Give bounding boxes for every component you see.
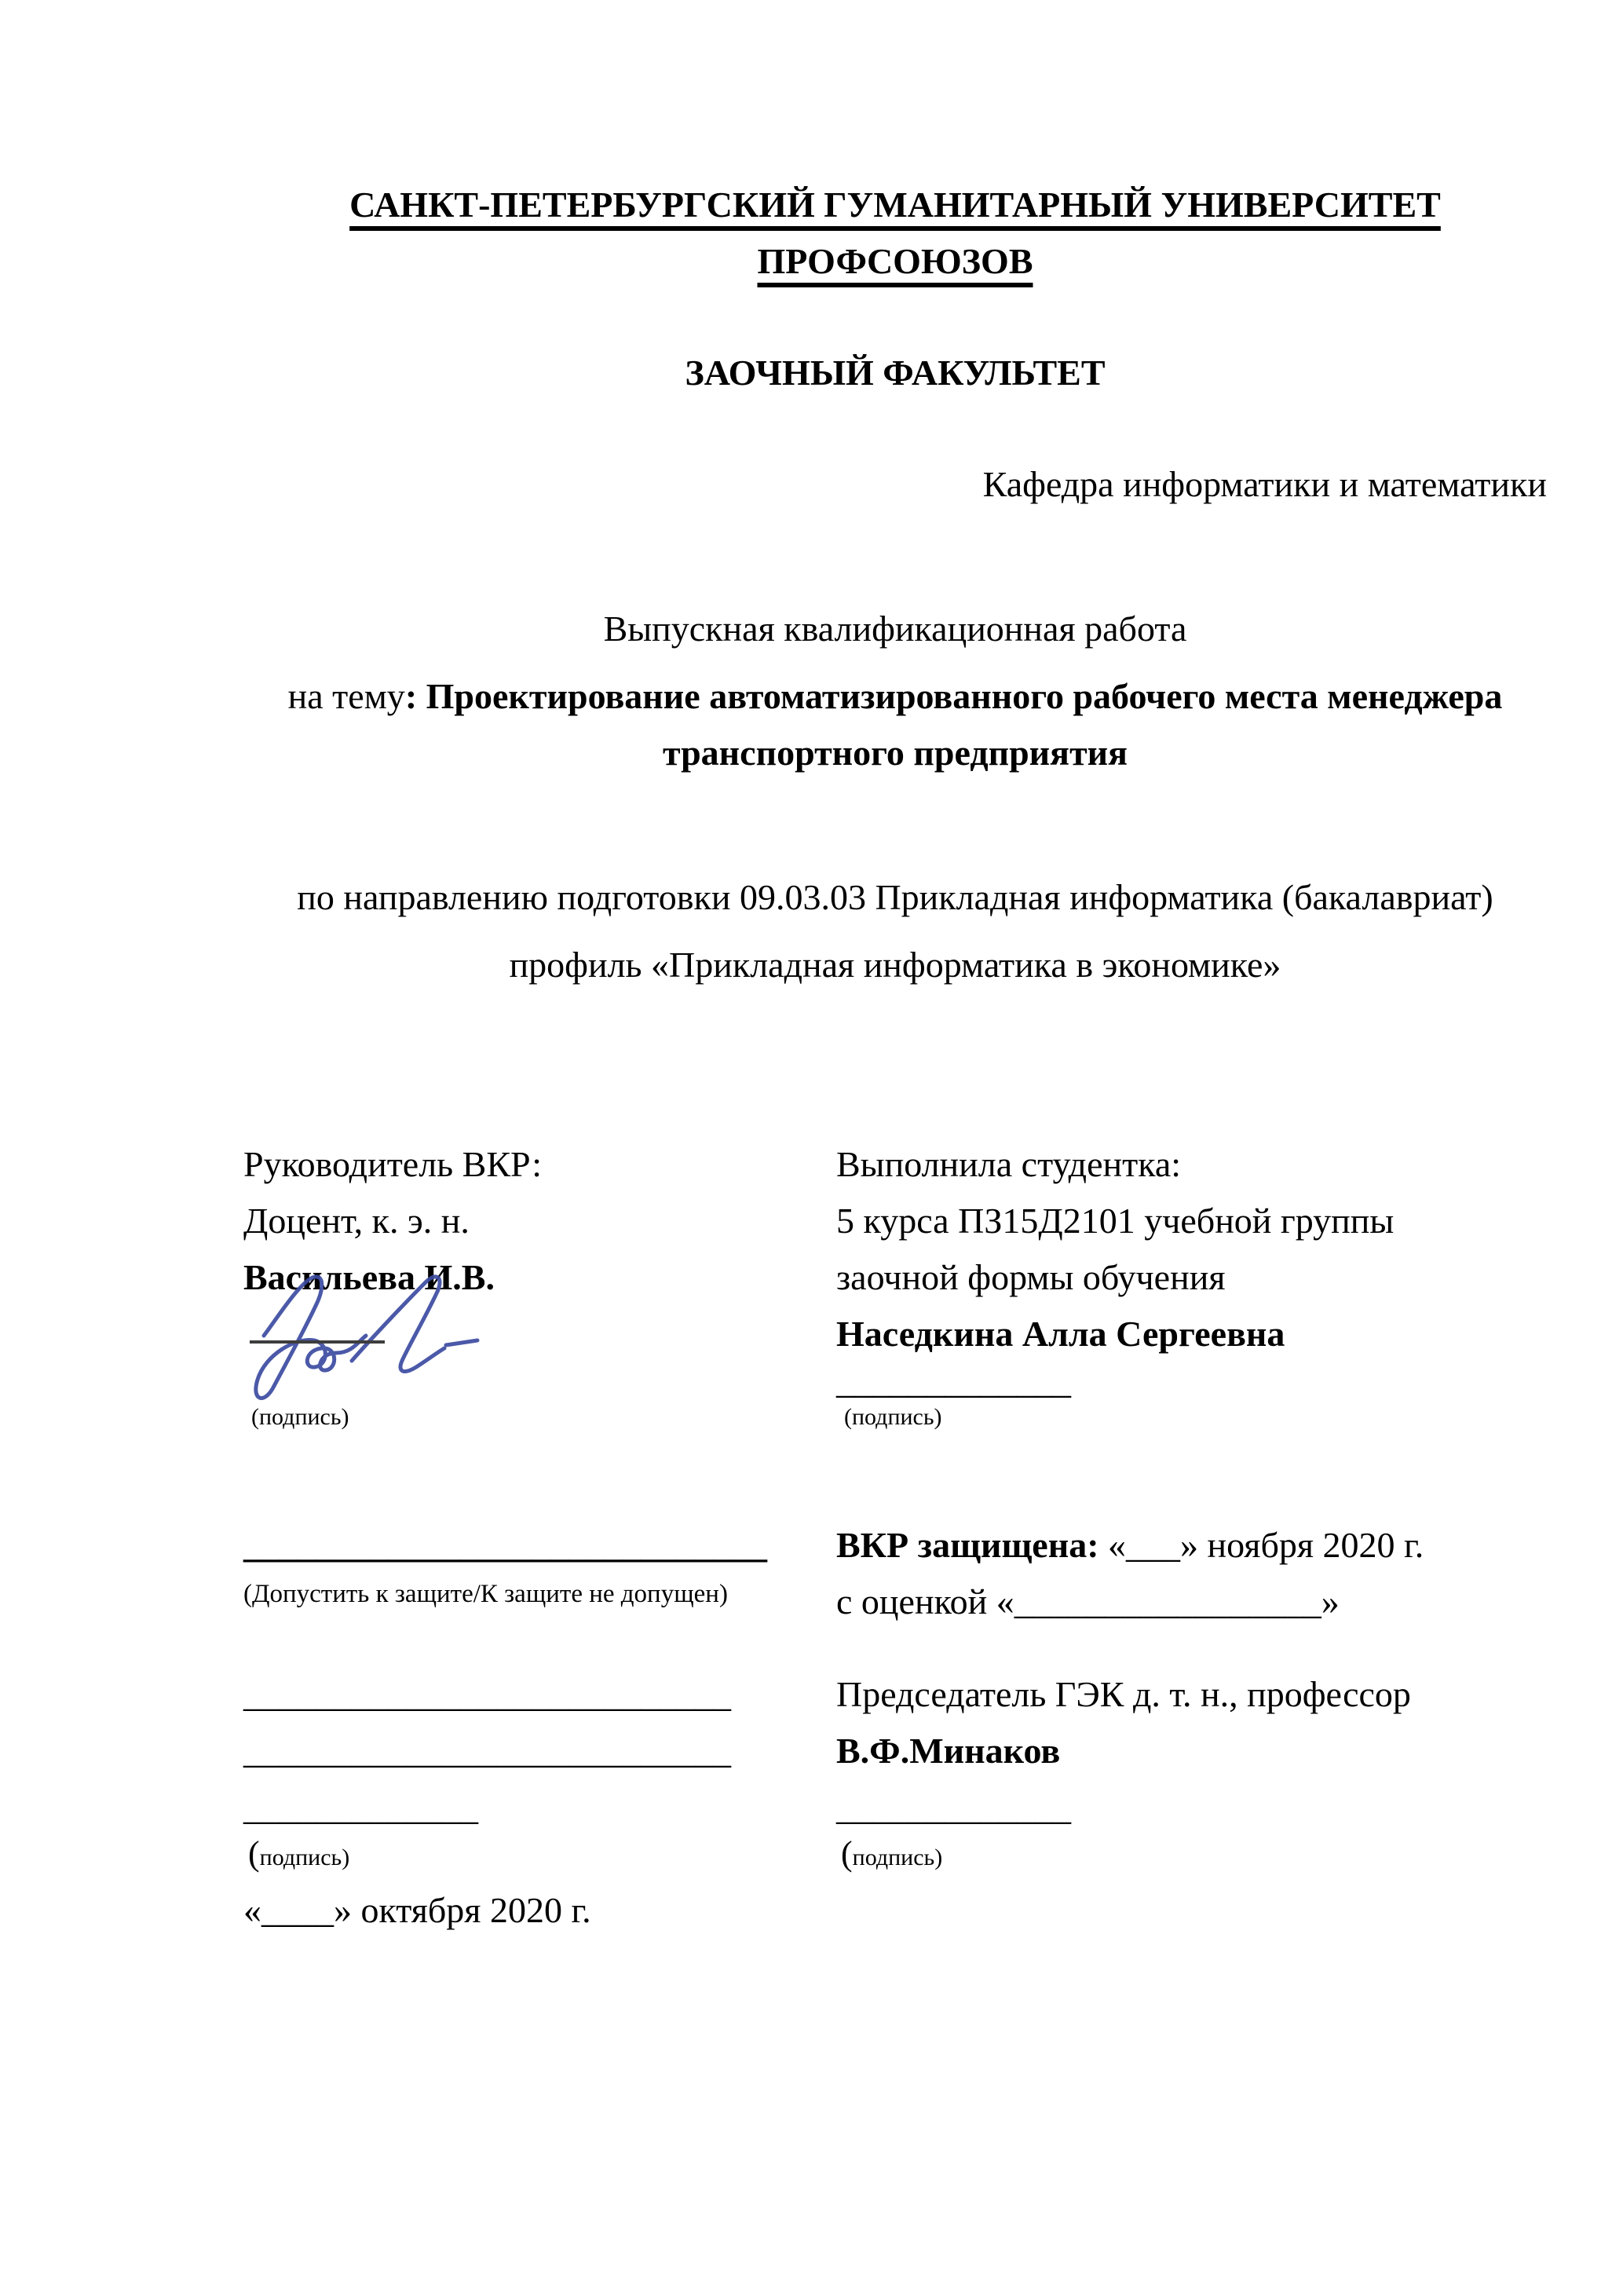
student-signature-caption: (подпись) xyxy=(836,1400,1547,1435)
chairman-signature-line: _____________ xyxy=(836,1779,1547,1836)
chairman-signature-caption-text: подпись) xyxy=(853,1844,943,1870)
study-profile: профиль «Прикладная информатика в эконом… xyxy=(243,937,1547,993)
admission-decision-caption: (Допустить к защите/К защите не допущен) xyxy=(243,1574,836,1614)
open-paren: ( xyxy=(248,1834,260,1873)
admission-signature-caption-text: подпись) xyxy=(260,1844,350,1870)
defense-grade-blank: _________________ xyxy=(1014,1581,1321,1621)
signatories-row: Руководитель ВКР: Доцент, к. э. н. Васил… xyxy=(243,1136,1547,1435)
chairman-signature-caption: (подпись) xyxy=(836,1836,1547,1876)
defense-grade-prefix: с оценкой « xyxy=(836,1581,1014,1621)
work-type-title: Выпускная квалификационная работа xyxy=(243,601,1547,657)
supervisor-signature-image xyxy=(234,1260,493,1417)
student-performed-by: Выполнила студентка: xyxy=(836,1136,1547,1193)
defense-grade-line: с оценкой «_________________» xyxy=(836,1574,1547,1630)
university-name-line2: ПРОФСОЮЗОВ xyxy=(243,233,1547,290)
admission-decision-line: _____________________________ xyxy=(243,1517,836,1574)
admission-defense-row: _____________________________ (Допустить… xyxy=(243,1517,1547,1630)
supervisor-block: Руководитель ВКР: Доцент, к. э. н. Васил… xyxy=(243,1136,836,1435)
defense-date-line: ВКР защищена: «___» ноября 2020 г. xyxy=(836,1517,1547,1574)
department-name: Кафедра информатики и математики xyxy=(243,456,1547,513)
defense-defended-label: ВКР защищена: xyxy=(836,1525,1099,1565)
student-name: Наседкина Алла Сергеевна xyxy=(836,1306,1547,1362)
chairman-block: Председатель ГЭК д. т. н., профессор В.Ф… xyxy=(836,1666,1547,1939)
thesis-topic: на тему: Проектирование автоматизированн… xyxy=(243,668,1547,781)
faculty-name: ЗАОЧНЫЙ ФАКУЛЬТЕТ xyxy=(243,345,1547,401)
supervisor-role: Руководитель ВКР: xyxy=(243,1136,836,1193)
thesis-title-page: САНКТ-ПЕТЕРБУРГСКИЙ ГУМАНИТАРНЫЙ УНИВЕРС… xyxy=(0,0,1623,2296)
defense-grade-suffix: » xyxy=(1321,1581,1340,1621)
blank-line-1: ___________________________ xyxy=(243,1666,836,1723)
student-block: Выполнила студентка: 5 курса ПЗ15Д2101 у… xyxy=(836,1136,1547,1435)
open-paren: ( xyxy=(841,1834,853,1873)
defense-defended-date: «___» ноября 2020 г. xyxy=(1099,1525,1424,1565)
student-study-form: заочной формы обучения xyxy=(836,1249,1547,1306)
admission-signature-caption: (подпись) xyxy=(243,1836,836,1876)
blank-line-short: _____________ xyxy=(243,1779,836,1836)
defense-block: ВКР защищена: «___» ноября 2020 г. с оце… xyxy=(836,1517,1547,1630)
topic-title: : Проектирование автоматизированного раб… xyxy=(405,676,1503,773)
chairman-name: В.Ф.Минаков xyxy=(836,1723,1547,1779)
university-name-line1: САНКТ-ПЕТЕРБУРГСКИЙ ГУМАНИТАРНЫЙ УНИВЕРС… xyxy=(243,177,1547,233)
topic-prefix: на тему xyxy=(288,676,405,716)
admission-decision-block: _____________________________ (Допустить… xyxy=(243,1517,836,1630)
student-signature-line: _____________ xyxy=(836,1362,1547,1400)
supervisor-signature-line xyxy=(250,1340,385,1344)
bottom-signatures-row: ___________________________ ____________… xyxy=(243,1666,1547,1939)
admission-signature-block: ___________________________ ____________… xyxy=(243,1666,836,1939)
supervisor-signature-zone xyxy=(243,1306,836,1400)
chairman-title: Председатель ГЭК д. т. н., профессор xyxy=(836,1666,1547,1723)
supervisor-degree: Доцент, к. э. н. xyxy=(243,1193,836,1249)
student-group: 5 курса ПЗ15Д2101 учебной группы xyxy=(836,1193,1547,1249)
admission-date-line: «____» октября 2020 г. xyxy=(243,1882,836,1939)
study-direction: по направлению подготовки 09.03.03 Прикл… xyxy=(243,869,1547,926)
blank-line-2: ___________________________ xyxy=(243,1723,836,1779)
